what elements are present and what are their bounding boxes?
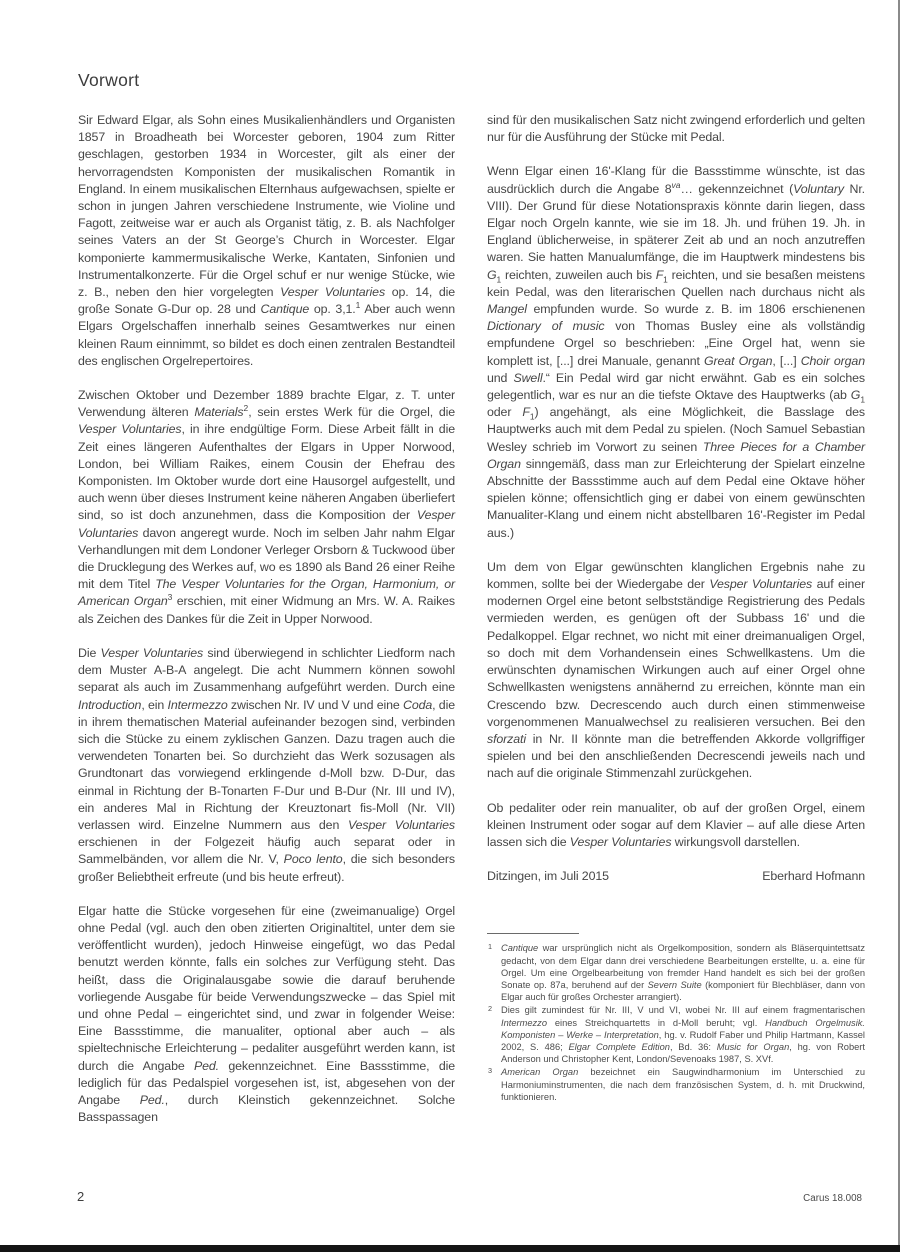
text-run: Elgar hatte die Stücke vorgesehen für ei… <box>78 904 455 1073</box>
column-right-paragraphs: sind für den musikalischen Satz nicht zw… <box>487 112 865 851</box>
text-run: sinngemäß, dass man zur Erleichterung de… <box>487 457 865 540</box>
footnote-separator <box>487 933 579 934</box>
text-run: , ein <box>141 698 167 712</box>
text-run: sforzati <box>487 732 526 746</box>
page-title: Vorwort <box>78 70 139 91</box>
text-run: Cantique <box>501 943 538 953</box>
text-run: Dictionary of music <box>487 319 604 333</box>
text-run: op. 3,1. <box>309 302 356 316</box>
text-run: empfunden wurde. So wurde z. B. im 1806 … <box>527 302 865 316</box>
text-run: Coda <box>403 698 432 712</box>
text-run: Voluntary <box>793 182 844 196</box>
footnotes: 1Cantique war ursprünglich nicht als Org… <box>487 933 865 1103</box>
text-run: Vesper Voluntaries <box>78 422 181 436</box>
text-run: Poco lento <box>284 852 343 866</box>
text-run: sind für den musikalischen Satz nicht zw… <box>487 113 865 144</box>
page: { "page": { "title": "Vorwort" }, "left_… <box>0 0 900 1252</box>
text-run: Swell <box>513 371 542 385</box>
text-run: Vesper Voluntaries <box>709 577 812 591</box>
text-run: Vesper Voluntaries <box>101 646 204 660</box>
text-run: oder <box>487 405 522 419</box>
paragraph: Ob pedaliter oder rein manualiter, ob au… <box>487 800 865 852</box>
signoff: Ditzingen, im Juli 2015 Eberhard Hofmann <box>487 868 865 885</box>
footnote: 1Cantique war ursprünglich nicht als Org… <box>487 942 865 1003</box>
signoff-author: Eberhard Hofmann <box>762 868 865 885</box>
text-run: Great Organ <box>704 354 772 368</box>
text-run: Intermezzo <box>501 1018 547 1028</box>
text-run: F <box>522 405 529 419</box>
footnote: 3American Organ bezeichnet ein Saugwindh… <box>487 1066 865 1103</box>
text-run: .“ Ein Pedal wird gar nicht erwähnt. Gab… <box>487 371 865 402</box>
text-run: American Organ <box>501 1067 578 1077</box>
text-run: Mangel <box>487 302 527 316</box>
footnote: 2Dies gilt zumindest für Nr. III, V und … <box>487 1004 865 1065</box>
text-run: wirkungsvoll darstellen. <box>671 835 800 849</box>
text-run: Elgar Complete Edition <box>568 1042 669 1052</box>
page-bottom-bar <box>0 1245 900 1252</box>
footnote-number: 2 <box>488 1003 492 1015</box>
paragraph: Wenn Elgar einen 16'-Klang für die Basss… <box>487 163 865 541</box>
column-left: Sir Edward Elgar, als Sohn eines Musikal… <box>78 112 455 1126</box>
paragraph: Sir Edward Elgar, als Sohn eines Musikal… <box>78 112 455 370</box>
footnote-number: 1 <box>488 941 492 953</box>
text-run: … gekennzeichnet ( <box>680 182 793 196</box>
text-run: , die in ihrem thematischen Material auf… <box>78 698 455 832</box>
text-run: , sein erstes Werk für die Orgel, die <box>248 405 455 419</box>
text-run: 1 <box>860 395 865 405</box>
text-run: G <box>487 268 497 282</box>
text-run: , in ihre endgültige Form. Diese Arbeit … <box>78 422 455 522</box>
text-run: Sir Edward Elgar, als Sohn eines Musikal… <box>78 113 455 299</box>
text-run: Introduction <box>78 698 141 712</box>
text-run: Cantique <box>260 302 309 316</box>
text-run: Severn Suite <box>648 980 702 990</box>
text-run: Vesper Voluntaries <box>348 818 455 832</box>
text-run: Vesper Voluntaries <box>280 285 385 299</box>
signoff-place-date: Ditzingen, im Juli 2015 <box>487 868 609 885</box>
footnote-number: 3 <box>488 1065 492 1077</box>
paragraph: sind für den musikalischen Satz nicht zw… <box>487 112 865 146</box>
text-run: auf einer modernen Orgel eine betont sel… <box>487 577 865 729</box>
footnote-list: 1Cantique war ursprünglich nicht als Org… <box>487 942 865 1103</box>
column-right: sind für den musikalischen Satz nicht zw… <box>487 112 865 1104</box>
column-left-paragraphs: Sir Edward Elgar, als Sohn eines Musikal… <box>78 112 455 1126</box>
page-number: 2 <box>77 1189 84 1204</box>
text-run: eines Streichquartetts in d-Moll beruht;… <box>547 1018 765 1028</box>
paragraph: Elgar hatte die Stücke vorgesehen für ei… <box>78 903 455 1127</box>
text-run: , Bd. 36: <box>670 1042 717 1052</box>
text-run: , [...] <box>772 354 800 368</box>
text-run: Music for Organ <box>717 1042 790 1052</box>
text-run: in Nr. II könnte man die betreffenden Ak… <box>487 732 865 780</box>
text-run: zwischen Nr. IV und V und eine <box>228 698 403 712</box>
text-run: Vesper Voluntaries <box>570 835 672 849</box>
text-run: reichten, zuweilen auch bis <box>501 268 655 282</box>
text-run: Ped. <box>194 1059 219 1073</box>
edition-number: Carus 18.008 <box>487 1193 862 1204</box>
paragraph: Zwischen Oktober und Dezember 1889 brach… <box>78 387 455 628</box>
text-run: Materials <box>194 405 243 419</box>
text-run: Intermezzo <box>168 698 228 712</box>
text-run: Ped. <box>140 1093 165 1107</box>
text-run: G <box>851 388 861 402</box>
text-run: und <box>487 371 513 385</box>
paragraph: Die Vesper Voluntaries sind überwiegend … <box>78 645 455 886</box>
text-run: Dies gilt zumindest für Nr. III, V und V… <box>501 1005 865 1015</box>
paragraph: Um dem von Elgar gewünschten klanglichen… <box>487 559 865 783</box>
text-run: Die <box>78 646 101 660</box>
text-run: Choir organ <box>801 354 865 368</box>
